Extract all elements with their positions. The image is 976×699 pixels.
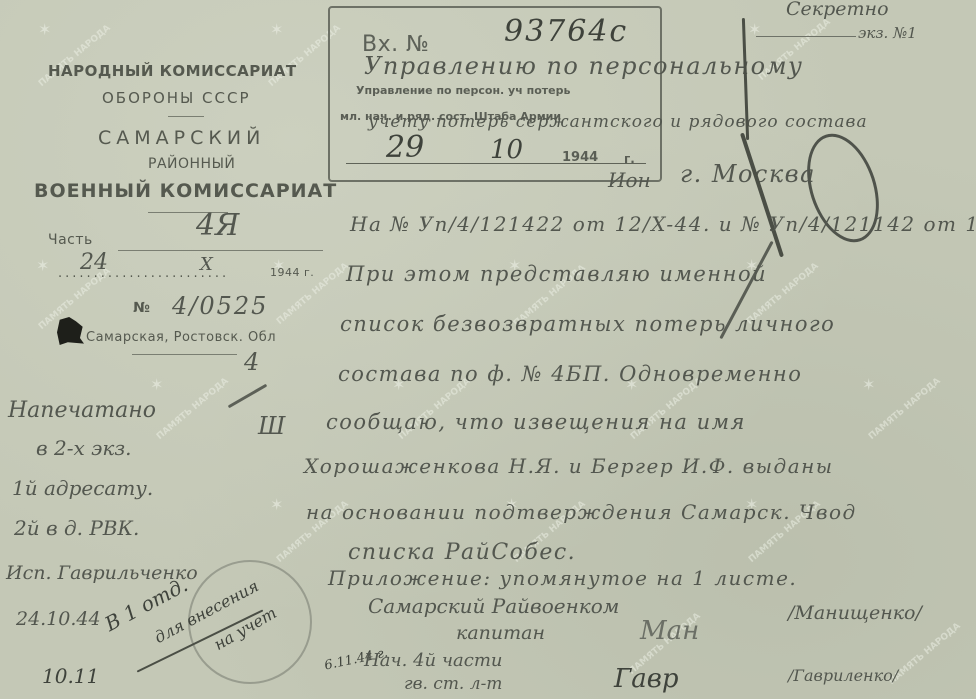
stamp-date-day: 29 <box>386 130 424 165</box>
watermark: ПАМЯТЬ НАРОДА <box>156 377 231 442</box>
underline <box>756 36 856 37</box>
letterhead-line-4: РАЙОННЫЙ <box>148 156 235 172</box>
addressee-line-1: Управлению по персональному <box>364 52 803 80</box>
printed-note-1: Напечатано <box>8 398 156 423</box>
letterhead-line-5: ВОЕННЫЙ КОМИССАРИАТ <box>34 180 337 202</box>
stamp-date-year: 1944 <box>562 150 598 165</box>
printed-note-3: 1й адресату. <box>12 476 153 500</box>
copy-number: экз. №1 <box>858 24 917 42</box>
punch-hole <box>57 317 84 345</box>
watermark-star-icon: ✶ <box>862 375 875 394</box>
letterhead-line-2: ОБОРОНЫ СССР <box>102 89 251 107</box>
printed-note-4: 2й в д. РВК. <box>14 516 139 540</box>
stamp-year-suffix: г. <box>624 152 635 166</box>
stamp-incoming-number: 93764с <box>504 14 628 49</box>
stamp-line-1: Управление по персон. уч потерь <box>356 84 570 97</box>
body-line-5: сообщаю, что извещения на имя <box>326 410 746 434</box>
number-label: № <box>133 300 150 316</box>
body-line-3: список безвозвратных потерь личного <box>340 312 835 336</box>
body-line-2: При этом представляю именной <box>346 262 767 286</box>
watermark-star-icon: ✶ <box>36 256 49 275</box>
watermark-star-icon: ✶ <box>150 375 163 394</box>
addressee-line-3: г. Москва <box>680 160 816 188</box>
addressee-line-2: учету потерь сержантского и рядового сос… <box>368 112 868 132</box>
outgoing-number: 4/0525 <box>172 292 268 320</box>
body-line-8: списка РайСобес. <box>348 540 576 565</box>
executor-date: 24.10.44 <box>16 608 101 630</box>
watermark: ПАМЯТЬ НАРОДА <box>868 377 943 442</box>
body-line-4: состава по ф. № 4БП. Одновременно <box>338 362 802 386</box>
body-line-7: на основании подтверждения Самарск. Чвод <box>306 500 857 524</box>
part-underline <box>118 250 323 251</box>
watermark-star-icon: ✶ <box>270 20 283 39</box>
body-line-9: Приложение: упомянутое на 1 листе. <box>328 566 797 590</box>
body-line-6: Хорошаженкова Н.Я. и Бергер И.Ф. выданы <box>304 454 834 478</box>
secret-mark: Секретно <box>786 0 889 20</box>
watermark-star-icon: ✶ <box>38 20 51 39</box>
left-mark-bottom: Ш <box>258 412 285 440</box>
letterhead-line-3: САМАРСКИЙ <box>98 127 265 149</box>
letterhead-line-1: НАРОДНЫЙ КОМИССАРИАТ <box>48 62 297 80</box>
watermark: ПАМЯТЬ НАРОДА <box>888 622 963 687</box>
footer-date: 10.11 <box>42 664 99 688</box>
left-mark-top: 4 <box>244 348 259 376</box>
body-line-1: На № Уп/4/121422 от 12/X-44. и № Уп/4/12… <box>350 212 976 236</box>
chief-title: Нач. 4й части <box>364 650 503 671</box>
date-year: 1944 г. <box>270 266 314 279</box>
region-label: Самарская, Ростовск. Обл <box>86 330 276 345</box>
chief-name: /Гавриленко/ <box>788 666 898 685</box>
voenkom-signature: Ман <box>640 616 699 646</box>
chief-rank: гв. ст. л-т <box>404 674 502 694</box>
resolution-stroke <box>740 133 784 258</box>
chief-signature: Гавр <box>614 664 679 694</box>
part-value: 4Я <box>196 208 239 243</box>
document-scan: ✶ ПАМЯТЬ НАРОДА ✶ ПАМЯТЬ НАРОДА ✶ ПАМЯТЬ… <box>0 0 976 699</box>
stamp-signature: Ион <box>608 168 651 192</box>
fraction-line <box>228 384 268 409</box>
printed-note-2: в 2-х экз. <box>36 436 132 460</box>
stamp-date-month: 10 <box>490 135 523 165</box>
voenkom-rank: капитан <box>456 622 545 644</box>
part-label: Часть <box>48 232 93 248</box>
watermark-star-icon: ✶ <box>270 495 283 514</box>
voenkom-name: /Манищенко/ <box>788 602 922 624</box>
divider <box>132 354 237 355</box>
date-day: 24 <box>80 250 108 275</box>
voenkom-title: Самарский Райвоенком <box>368 594 619 618</box>
divider <box>168 116 204 117</box>
date-month: X <box>200 254 213 275</box>
